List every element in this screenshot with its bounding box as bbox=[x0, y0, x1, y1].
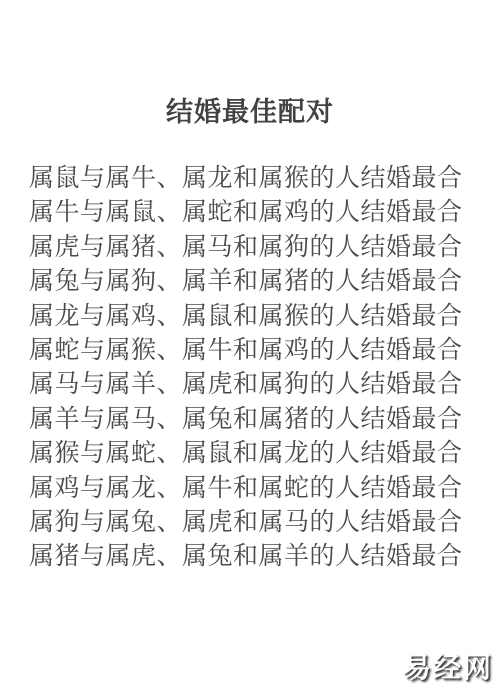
pairing-line: 属狗与属兔、属虎和属马的人结婚最合 bbox=[29, 505, 482, 539]
pairing-list: 属鼠与属牛、属龙和属猴的人结婚最合 属牛与属鼠、属蛇和属鸡的人结婚最合 属虎与属… bbox=[29, 161, 482, 574]
document-page: 结婚最佳配对 属鼠与属牛、属龙和属猴的人结婚最合 属牛与属鼠、属蛇和属鸡的人结婚… bbox=[0, 0, 500, 692]
pairing-line: 属羊与属马、属兔和属猪的人结婚最合 bbox=[29, 402, 482, 436]
pairing-line: 属猴与属蛇、属鼠和属龙的人结婚最合 bbox=[29, 436, 482, 470]
pairing-line: 属虎与属猪、属马和属狗的人结婚最合 bbox=[29, 230, 482, 264]
pairing-line: 属龙与属鸡、属鼠和属猴的人结婚最合 bbox=[29, 299, 482, 333]
pairing-line: 属鼠与属牛、属龙和属猴的人结婚最合 bbox=[29, 161, 482, 195]
page-title: 结婚最佳配对 bbox=[0, 90, 500, 129]
pairing-line: 属牛与属鼠、属蛇和属鸡的人结婚最合 bbox=[29, 195, 482, 229]
pairing-line: 属兔与属狗、属羊和属猪的人结婚最合 bbox=[29, 264, 482, 298]
pairing-line: 属马与属羊、属虎和属狗的人结婚最合 bbox=[29, 367, 482, 401]
watermark: 易经网 bbox=[403, 646, 493, 686]
pairing-line: 属鸡与属龙、属牛和属蛇的人结婚最合 bbox=[29, 471, 482, 505]
pairing-line: 属蛇与属猴、属牛和属鸡的人结婚最合 bbox=[29, 333, 482, 367]
pairing-line: 属猪与属虎、属兔和属羊的人结婚最合 bbox=[29, 539, 482, 573]
